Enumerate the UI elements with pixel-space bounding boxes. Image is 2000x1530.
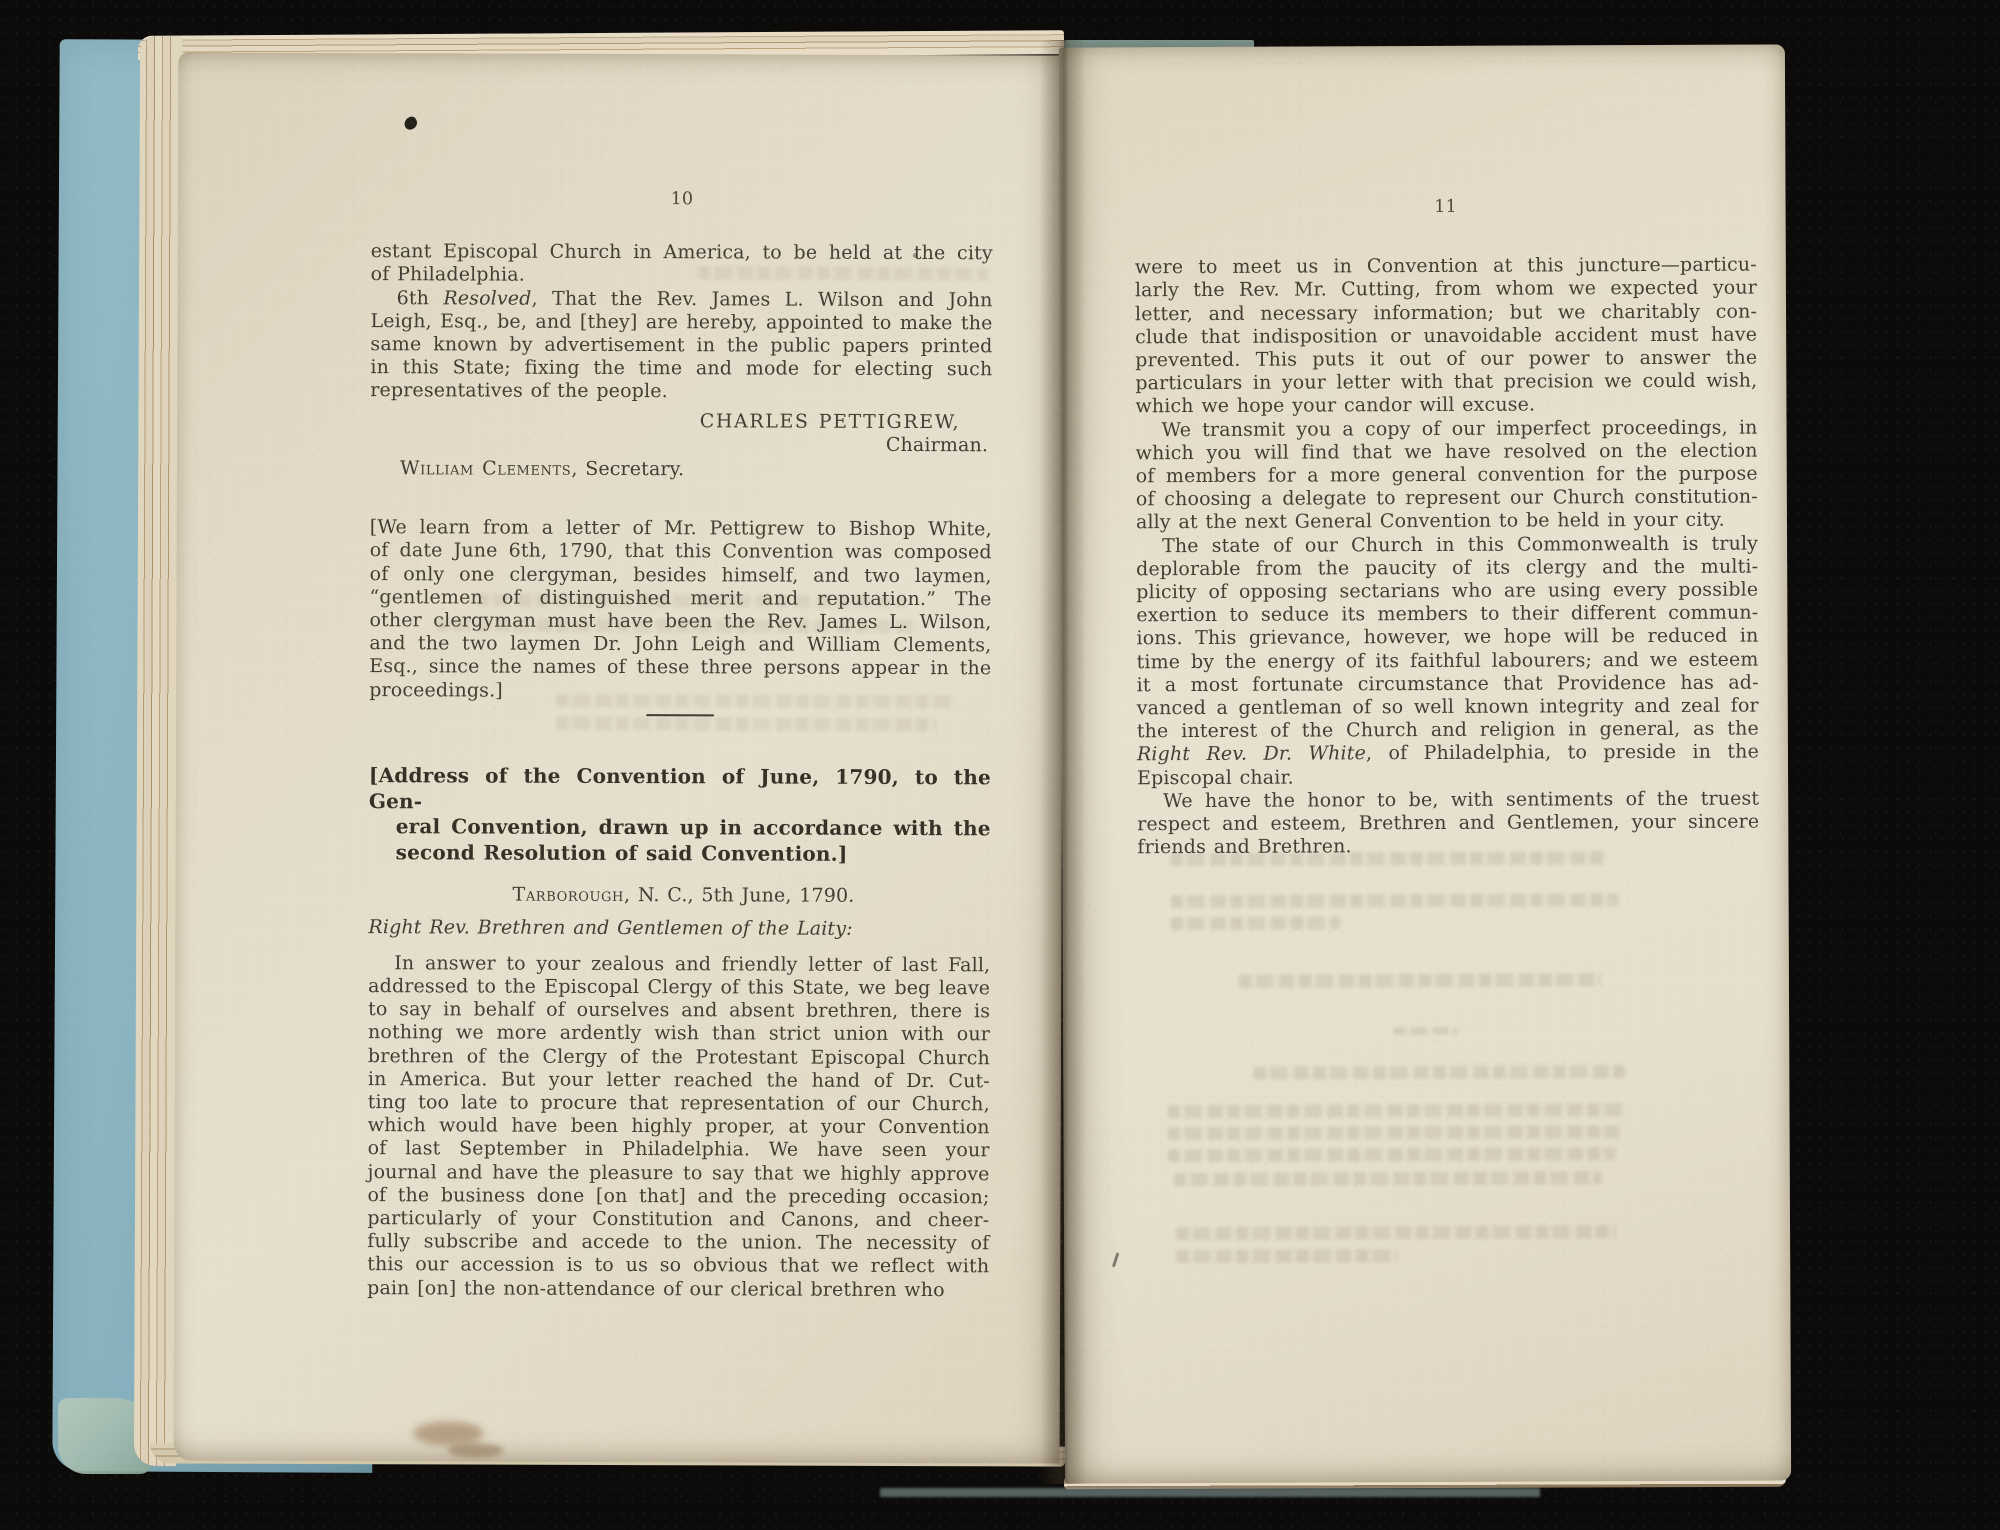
show-through-text [1393, 1027, 1457, 1035]
show-through-text [1176, 1225, 1616, 1240]
show-through-text [1168, 1125, 1620, 1140]
section-divider-rule [646, 714, 714, 717]
page-10: 10 estant Episcopal Church in America, t… [174, 52, 1065, 1463]
show-through-text [1171, 893, 1619, 908]
address-body-paragraph: In answer to your zealous and friendly l… [367, 952, 990, 1302]
church-state-paragraph: The state of our Church in this Commonwe… [1136, 532, 1759, 790]
pencil-mark [1112, 1252, 1119, 1267]
signature-chairman-title: Chairman. [370, 432, 992, 457]
show-through-text [1168, 1147, 1616, 1162]
paragraph-continuation: were to meet us in Convention at this ju… [1135, 254, 1758, 419]
resolution-paragraph: 6th Resolved, That the Rev. James L. Wil… [370, 287, 992, 405]
signature-secretary: William Clements, Secretary. [370, 457, 992, 482]
page-11-text-column: 11 were to meet us in Convention at this… [1135, 195, 1760, 860]
back-cover-sliver-bottom [880, 1488, 1540, 1497]
page-number: 10 [371, 187, 993, 212]
corner-stain [448, 1443, 504, 1457]
page-11: 11 were to meet us in Convention at this… [1059, 44, 1791, 1483]
show-through-text [1167, 1103, 1625, 1118]
book-photo-scene: 10 estant Episcopal Church in America, t… [0, 0, 2000, 1530]
signature-chairman-name: CHARLES PETTIGREW, [370, 409, 992, 434]
editorial-note: [We learn from a letter of Mr. Pettigrew… [369, 516, 992, 704]
page-number: 11 [1135, 195, 1757, 221]
ink-speck [402, 115, 419, 131]
show-through-text [1174, 1171, 1602, 1186]
dateline: Tarborough, N. C., 5th June, 1790. [368, 883, 990, 908]
show-through-text [1176, 1249, 1398, 1263]
paragraph-continuation: estant Episcopal Church in America, to b… [371, 240, 993, 289]
show-through-text [1239, 973, 1601, 988]
page-10-text-column: 10 estant Episcopal Church in America, t… [367, 187, 993, 1302]
proceedings-paragraph: We transmit you a copy of our imperfect … [1135, 416, 1758, 535]
show-through-text [1171, 916, 1341, 930]
corner-stain [414, 1421, 484, 1445]
closing-paragraph: We have the honor to be, with sentiments… [1137, 787, 1759, 859]
salutation: Right Rev. Brethren and Gentlemen of the… [368, 916, 990, 941]
address-heading: [Address of the Convention of June, 1790… [369, 763, 991, 867]
show-through-text [1253, 1065, 1625, 1080]
